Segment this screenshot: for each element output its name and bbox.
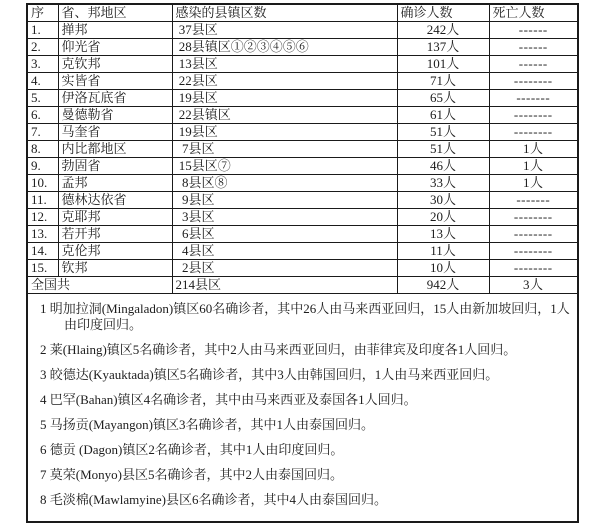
- townships-count-cell: 9县区: [172, 192, 397, 209]
- footnotes-cell: 1 明加拉洞(Mingaladon)镇区60名确诊者，其中26人由马来西亚回归，…: [27, 294, 578, 523]
- total-row: 全国共 214县区 942人 3人: [27, 277, 578, 294]
- table-row: 4. 实皆省 22县区 71人 --------: [27, 73, 578, 90]
- confirmed-count-cell: 11人: [397, 243, 489, 260]
- footnote: 8 毛淡棉(Mawlamyine)县区6名确诊者，其中4人由泰国回归。: [40, 492, 571, 508]
- confirmed-count-cell: 137人: [397, 39, 489, 56]
- townships-count-cell: 22县镇区: [172, 107, 397, 124]
- townships-count-cell: 3县区: [172, 209, 397, 226]
- row-index-cell: 8.: [27, 141, 58, 158]
- table-row: 8. 内比都地区 7县区 51人 1人: [27, 141, 578, 158]
- confirmed-count-cell: 33人: [397, 175, 489, 192]
- confirmed-count-cell: 30人: [397, 192, 489, 209]
- table-row: 2. 仰光省 28县镇区①②③④⑤⑥ 137人 ------: [27, 39, 578, 56]
- footnote: 4 巴罕(Bahan)镇区4名确诊者，其中由马来西亚及泰国各1人回归。: [40, 392, 571, 408]
- region-name-cell: 曼德勒省: [58, 107, 172, 124]
- confirmed-count-cell: 242人: [397, 22, 489, 39]
- townships-count-cell: 2县区: [172, 260, 397, 277]
- covid-cases-table: 序 省、邦地区 感染的县镇区数 确诊人数 死亡人数 1. 掸邦 37县区 242…: [26, 3, 579, 523]
- row-index-cell: 2.: [27, 39, 58, 56]
- confirmed-count-cell: 101人: [397, 56, 489, 73]
- total-townships-cell: 214县区: [172, 277, 397, 294]
- row-index-cell: 4.: [27, 73, 58, 90]
- deaths-count-cell: --------: [489, 107, 578, 124]
- confirmed-count-cell: 20人: [397, 209, 489, 226]
- townships-count-cell: 22县区: [172, 73, 397, 90]
- deaths-count-cell: --------: [489, 226, 578, 243]
- confirmed-count-cell: 46人: [397, 158, 489, 175]
- confirmed-count-cell: 10人: [397, 260, 489, 277]
- row-index-cell: 15.: [27, 260, 58, 277]
- table-row: 13. 若开邦 6县区 13人 --------: [27, 226, 578, 243]
- townships-count-cell: 15县区⑦: [172, 158, 397, 175]
- row-index-cell: 12.: [27, 209, 58, 226]
- row-index-cell: 14.: [27, 243, 58, 260]
- region-name-cell: 若开邦: [58, 226, 172, 243]
- column-header-townships: 感染的县镇区数: [172, 4, 397, 22]
- townships-count-cell: 37县区: [172, 22, 397, 39]
- total-deaths-cell: 3人: [489, 277, 578, 294]
- confirmed-count-cell: 71人: [397, 73, 489, 90]
- row-index-cell: 9.: [27, 158, 58, 175]
- footnote: 2 莱(Hlaing)镇区5名确诊者，其中2人由马来西亚回归，由菲律宾及印度各1…: [40, 342, 571, 358]
- deaths-count-cell: -------: [489, 192, 578, 209]
- column-header-deaths: 死亡人数: [489, 4, 578, 22]
- deaths-count-cell: ------: [489, 39, 578, 56]
- deaths-count-cell: 1人: [489, 141, 578, 158]
- confirmed-count-cell: 51人: [397, 124, 489, 141]
- row-index-cell: 11.: [27, 192, 58, 209]
- deaths-count-cell: --------: [489, 243, 578, 260]
- row-index-cell: 13.: [27, 226, 58, 243]
- region-name-cell: 实皆省: [58, 73, 172, 90]
- column-header-confirmed: 确诊人数: [397, 4, 489, 22]
- row-index-cell: 5.: [27, 90, 58, 107]
- table-row: 15. 钦邦 2县区 10人 --------: [27, 260, 578, 277]
- townships-count-cell: 7县区: [172, 141, 397, 158]
- table-row: 7. 马奎省 19县区 51人 --------: [27, 124, 578, 141]
- confirmed-count-cell: 65人: [397, 90, 489, 107]
- confirmed-count-cell: 61人: [397, 107, 489, 124]
- footnote: 5 马扬贡(Mayangon)镇区3名确诊者，其中1人由泰国回归。: [40, 417, 571, 433]
- region-name-cell: 勃固省: [58, 158, 172, 175]
- table-header-row: 序 省、邦地区 感染的县镇区数 确诊人数 死亡人数: [27, 4, 578, 22]
- scanned-document-page: 序 省、邦地区 感染的县镇区数 确诊人数 死亡人数 1. 掸邦 37县区 242…: [0, 0, 600, 523]
- table-row: 11. 德林达依省 9县区 30人 -------: [27, 192, 578, 209]
- row-index-cell: 6.: [27, 107, 58, 124]
- footnote: 1 明加拉洞(Mingaladon)镇区60名确诊者，其中26人由马来西亚回归，…: [40, 301, 571, 333]
- region-name-cell: 仰光省: [58, 39, 172, 56]
- footnote: 6 德贡 (Dagon)镇区2名确诊者，其中1人由印度回归。: [40, 442, 571, 458]
- footnote: 7 莫荣(Monyo)县区5名确诊者，其中2人由泰国回归。: [40, 467, 571, 483]
- region-name-cell: 克钦邦: [58, 56, 172, 73]
- table-total-section: 全国共 214县区 942人 3人: [27, 277, 578, 294]
- row-index-cell: 10.: [27, 175, 58, 192]
- total-label-cell: 全国共: [27, 277, 172, 294]
- table-row: 12. 克耶邦 3县区 20人 --------: [27, 209, 578, 226]
- total-confirmed-cell: 942人: [397, 277, 489, 294]
- table-row: 3. 克钦邦 13县区 101人 ------: [27, 56, 578, 73]
- region-name-cell: 德林达依省: [58, 192, 172, 209]
- confirmed-count-cell: 13人: [397, 226, 489, 243]
- deaths-count-cell: 1人: [489, 158, 578, 175]
- townships-count-cell: 6县区: [172, 226, 397, 243]
- row-index-cell: 3.: [27, 56, 58, 73]
- table-row: 5. 伊洛瓦底省 19县区 65人 -------: [27, 90, 578, 107]
- table-row: 10. 孟邦 8县区⑧ 33人 1人: [27, 175, 578, 192]
- townships-count-cell: 4县区: [172, 243, 397, 260]
- townships-count-cell: 8县区⑧: [172, 175, 397, 192]
- deaths-count-cell: --------: [489, 209, 578, 226]
- townships-count-cell: 13县区: [172, 56, 397, 73]
- townships-count-cell: 19县区: [172, 124, 397, 141]
- region-name-cell: 内比都地区: [58, 141, 172, 158]
- column-header-region: 省、邦地区: [58, 4, 172, 22]
- region-name-cell: 掸邦: [58, 22, 172, 39]
- region-name-cell: 克耶邦: [58, 209, 172, 226]
- table-notes-section: 1 明加拉洞(Mingaladon)镇区60名确诊者，其中26人由马来西亚回归，…: [27, 294, 578, 523]
- row-index-cell: 7.: [27, 124, 58, 141]
- deaths-count-cell: --------: [489, 260, 578, 277]
- region-name-cell: 伊洛瓦底省: [58, 90, 172, 107]
- footnote: 3 皎德达(Kyauktada)镇区5名确诊者，其中3人由韩国回归，1人由马来西…: [40, 367, 571, 383]
- table-row: 6. 曼德勒省 22县镇区 61人 --------: [27, 107, 578, 124]
- deaths-count-cell: --------: [489, 124, 578, 141]
- row-index-cell: 1.: [27, 22, 58, 39]
- notes-row: 1 明加拉洞(Mingaladon)镇区60名确诊者，其中26人由马来西亚回归，…: [27, 294, 578, 523]
- region-name-cell: 马奎省: [58, 124, 172, 141]
- table-row: 9. 勃固省 15县区⑦ 46人 1人: [27, 158, 578, 175]
- column-header-index: 序: [27, 4, 58, 22]
- table-body: 1. 掸邦 37县区 242人 ------ 2. 仰光省 28县镇区①②③④⑤…: [27, 22, 578, 277]
- deaths-count-cell: -------: [489, 90, 578, 107]
- townships-count-cell: 28县镇区①②③④⑤⑥: [172, 39, 397, 56]
- table-row: 14. 克伦邦 4县区 11人 --------: [27, 243, 578, 260]
- region-name-cell: 克伦邦: [58, 243, 172, 260]
- region-name-cell: 钦邦: [58, 260, 172, 277]
- table-row: 1. 掸邦 37县区 242人 ------: [27, 22, 578, 39]
- townships-count-cell: 19县区: [172, 90, 397, 107]
- deaths-count-cell: --------: [489, 73, 578, 90]
- deaths-count-cell: ------: [489, 22, 578, 39]
- deaths-count-cell: 1人: [489, 175, 578, 192]
- deaths-count-cell: ------: [489, 56, 578, 73]
- confirmed-count-cell: 51人: [397, 141, 489, 158]
- region-name-cell: 孟邦: [58, 175, 172, 192]
